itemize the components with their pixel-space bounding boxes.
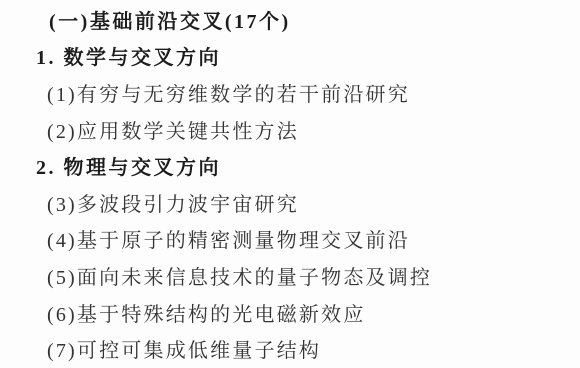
section-heading: (一)基础前沿交叉(17个) [0,1,580,38]
list-item-6: (6)基于特殊结构的光电磁新效应 [0,294,580,331]
group-heading-physics: 2. 物理与交叉方向 [0,147,580,184]
list-item-2: (2)应用数学关键共性方法 [0,111,580,148]
list-item-4: (4)基于原子的精密测量物理交叉前沿 [0,221,580,258]
list-item-7: (7)可控可集成低维量子结构 [0,330,580,367]
list-item-3: (3)多波段引力波宇宙研究 [0,184,580,221]
list-item-1: (1)有穷与无穷维数学的若干前沿研究 [0,74,580,111]
group-heading-math: 1. 数学与交叉方向 [0,38,580,75]
document-page: (一)基础前沿交叉(17个) 1. 数学与交叉方向 (1)有穷与无穷维数学的若干… [0,0,580,368]
list-item-5: (5)面向未来信息技术的量子物态及调控 [0,257,580,294]
